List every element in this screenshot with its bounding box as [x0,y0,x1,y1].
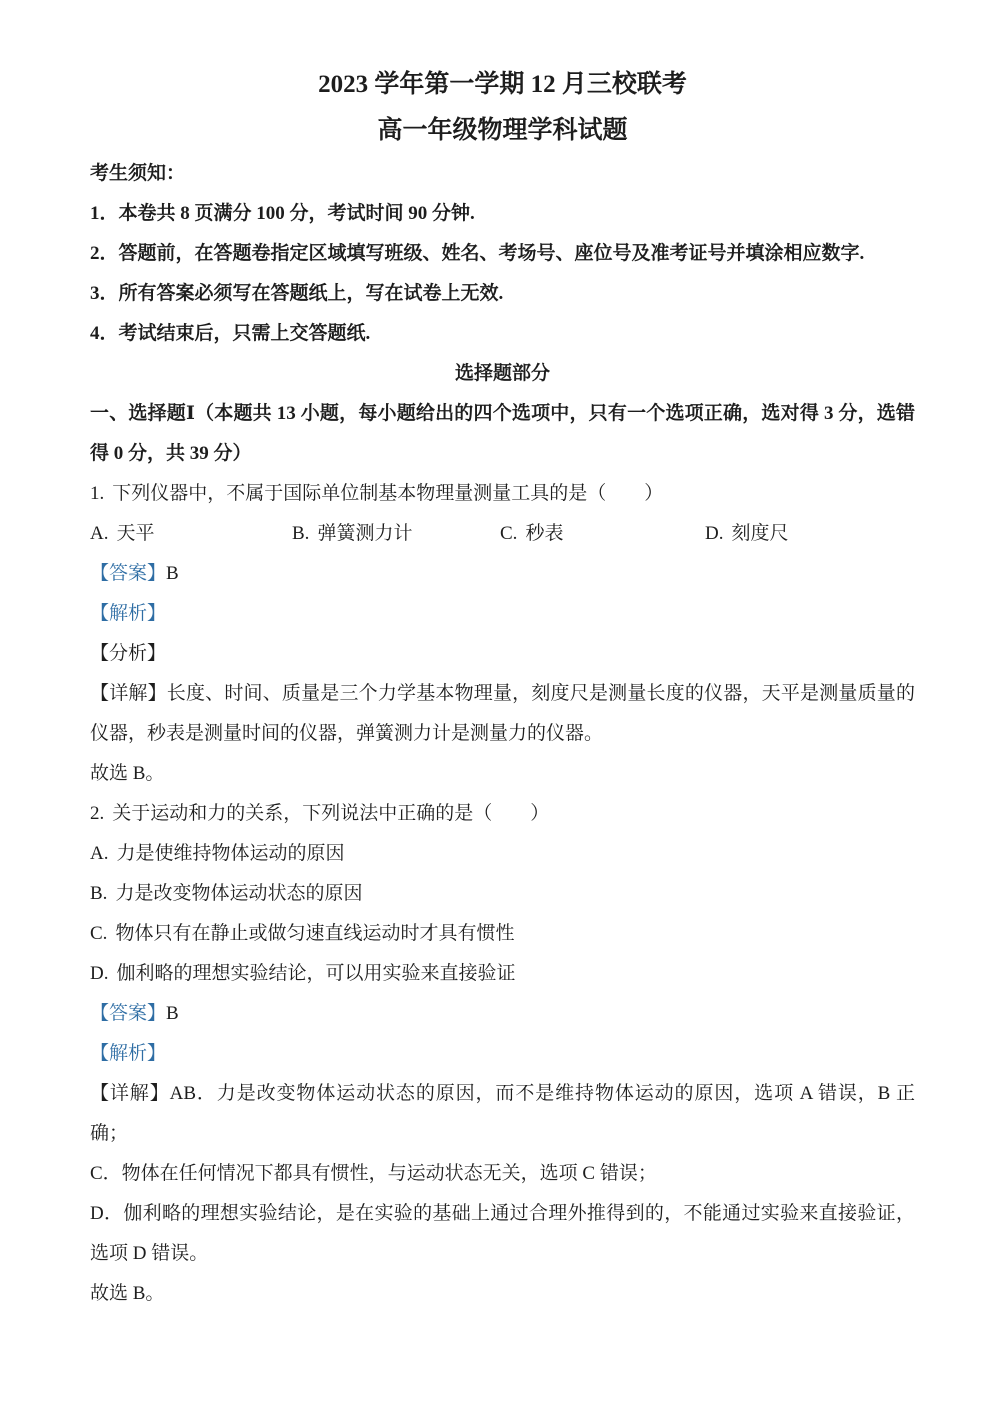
option-label: A. [90,843,108,864]
jiexi-tag: 【解析】 [90,603,166,624]
question-2-stem: 2.关于运动和力的关系，下列说法中正确的是（ ） [90,794,915,834]
answer-value: B [166,563,179,584]
question-1-number: 1. [90,483,104,504]
xiangjie-tag: 【详解】 [90,683,167,704]
option-text: 弹簧测力计 [317,523,412,544]
option-label: A. [90,523,108,544]
option-item: C.秒表 [500,514,705,554]
option-item: B.力是改变物体运动状态的原因 [90,874,915,914]
question-1-detail: 【详解】长度、时间、质量是三个力学基本物理量，刻度尺是测量长度的仪器，天平是测量… [90,674,915,754]
exam-title: 2023 学年第一学期 12 月三校联考 [90,62,915,108]
question-2-jiexi-line: 【解析】 [90,1034,915,1074]
option-label: D. [90,963,108,984]
option-text: 秒表 [525,523,563,544]
option-item: A.天平 [90,514,292,554]
option-text: 力是改变物体运动状态的原因 [115,883,362,904]
notice-item-4: 4．考试结束后，只需上交答题纸. [90,314,915,354]
answer-tag: 【答案】 [90,563,166,584]
question-2-detail-line-1: 【详解】AB．力是改变物体运动状态的原因，而不是维持物体运动的原因，选项 A 错… [90,1074,915,1154]
notice-item-1: 1．本卷共 8 页满分 100 分，考试时间 90 分钟. [90,194,915,234]
option-item: C.物体只有在静止或做匀速直线运动时才具有惯性 [90,914,915,954]
option-label: C. [90,923,107,944]
detail-text: 长度、时间、质量是三个力学基本物理量，刻度尺是测量长度的仪器，天平是测量质量的仪… [90,683,915,744]
question-1-conclusion: 故选 B。 [90,754,915,794]
option-text: 伽利略的理想实验结论，可以用实验来直接验证 [116,963,515,984]
question-2-detail-line-3: D．伽利略的理想实验结论，是在实验的基础上通过合理外推得到的，不能通过实验来直接… [90,1194,915,1274]
notice-item-3: 3．所有答案必须写在答题纸上，写在试卷上无效. [90,274,915,314]
section-instructions: 一、选择题Ⅰ（本题共 13 小题，每小题给出的四个选项中，只有一个选项正确，选对… [90,394,915,474]
fenxi-tag: 【分析】 [90,643,166,664]
question-1-stem-text: 下列仪器中，不属于国际单位制基本物理量测量工具的是（ ） [112,483,663,504]
option-text: 天平 [116,523,154,544]
option-item: A.力是使维持物体运动的原因 [90,834,915,874]
option-text: 刻度尺 [731,523,788,544]
question-2-stem-text: 关于运动和力的关系，下列说法中正确的是（ ） [112,803,549,824]
option-label: B. [90,883,107,904]
question-1-stem: 1.下列仪器中，不属于国际单位制基本物理量测量工具的是（ ） [90,474,915,514]
option-item: D.刻度尺 [705,514,915,554]
exam-subtitle: 高一年级物理学科试题 [90,108,915,154]
option-label: D. [705,523,723,544]
section-part-heading: 选择题部分 [90,354,915,394]
jiexi-tag: 【解析】 [90,1043,166,1064]
option-item: D.伽利略的理想实验结论，可以用实验来直接验证 [90,954,915,994]
question-2-detail-line-2: C．物体在任何情况下都具有惯性，与运动状态无关，选项 C 错误； [90,1154,915,1194]
exam-document: 2023 学年第一学期 12 月三校联考 高一年级物理学科试题 考生须知： 1．… [0,0,1000,1414]
question-2-answer-line: 【答案】B [90,994,915,1034]
option-text: 力是使维持物体运动的原因 [116,843,344,864]
answer-value: B [166,1003,179,1024]
xiangjie-tag: 【详解】 [90,1083,170,1104]
question-1-answer-line: 【答案】B [90,554,915,594]
answer-tag: 【答案】 [90,1003,166,1024]
notice-item-2: 2．答题前，在答题卷指定区域填写班级、姓名、考场号、座位号及准考证号并填涂相应数… [90,234,915,274]
question-1-fenxi-line: 【分析】 [90,634,915,674]
detail-text: AB．力是改变物体运动状态的原因，而不是维持物体运动的原因，选项 A 错误，B … [90,1083,915,1144]
notice-heading: 考生须知： [90,154,915,194]
option-text: 物体只有在静止或做匀速直线运动时才具有惯性 [115,923,514,944]
option-label: B. [292,523,309,544]
question-1-jiexi-line: 【解析】 [90,594,915,634]
option-item: B.弹簧测力计 [292,514,500,554]
option-label: C. [500,523,517,544]
question-2-number: 2. [90,803,104,824]
question-2-conclusion: 故选 B。 [90,1274,915,1314]
question-1-options: A.天平 B.弹簧测力计 C.秒表 D.刻度尺 [90,514,915,554]
